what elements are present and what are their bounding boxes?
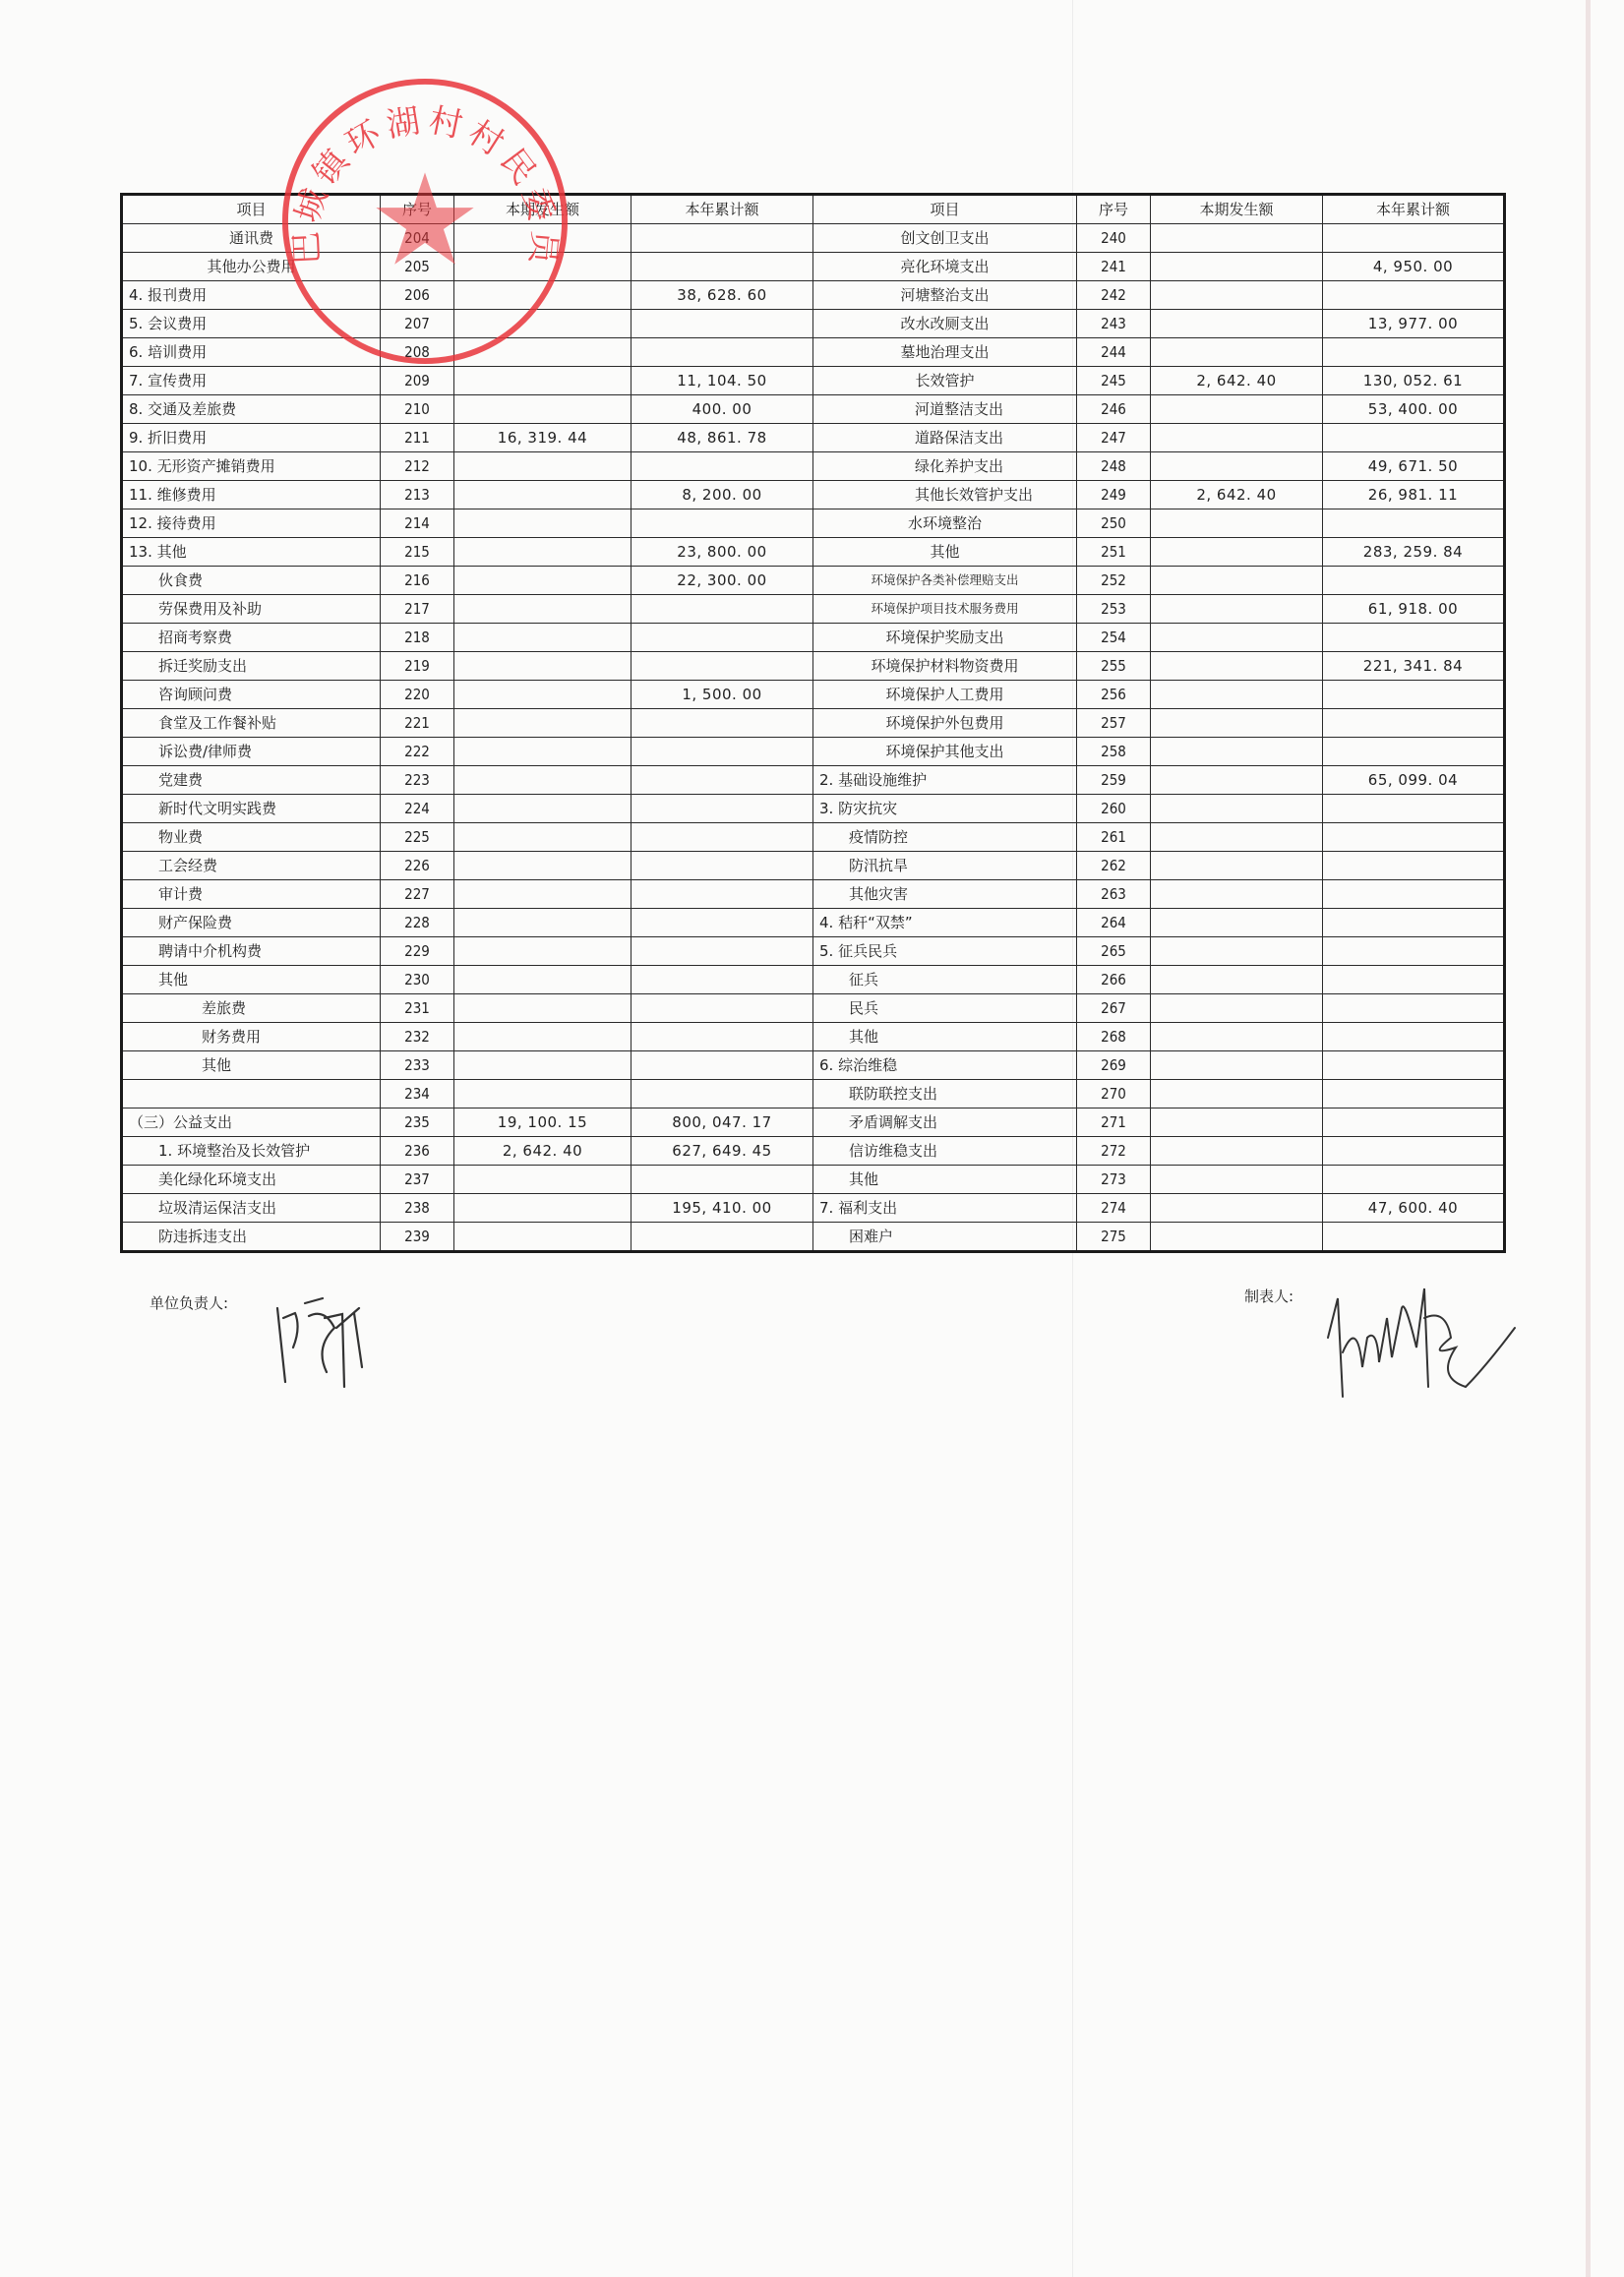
left-seq-cell: 227	[381, 880, 454, 909]
header-item: 项目	[122, 195, 381, 224]
header-current-period-right: 本期发生额	[1151, 195, 1323, 224]
left-item-cell: 聘请中介机构费	[122, 937, 381, 966]
left-current-period-cell	[454, 1223, 632, 1252]
table-row: 5. 会议费用207改水改厕支出24313, 977. 00	[122, 310, 1505, 338]
right-seq-cell: 275	[1077, 1223, 1151, 1252]
left-current-period-cell	[454, 966, 632, 994]
right-item-cell: 2. 基础设施维护	[813, 766, 1077, 795]
right-current-period-cell	[1151, 1137, 1323, 1166]
right-year-to-date-cell	[1323, 338, 1505, 367]
left-seq-cell: 211	[381, 424, 454, 452]
right-year-to-date-cell	[1323, 1051, 1505, 1080]
left-seq-cell: 234	[381, 1080, 454, 1109]
left-item-cell: 其他办公费用	[122, 253, 381, 281]
left-seq-cell: 222	[381, 738, 454, 766]
left-seq-cell: 209	[381, 367, 454, 395]
left-year-to-date-cell	[632, 1223, 813, 1252]
right-year-to-date-cell	[1323, 880, 1505, 909]
left-year-to-date-cell	[632, 823, 813, 852]
right-item-cell: 环境保护其他支出	[813, 738, 1077, 766]
table-row: 6. 培训费用208墓地治理支出244	[122, 338, 1505, 367]
table-row: 11. 维修费用2138, 200. 00其他长效管护支出2492, 642. …	[122, 481, 1505, 509]
table-row: 物业费225疫情防控261	[122, 823, 1505, 852]
right-year-to-date-cell	[1323, 1109, 1505, 1137]
left-year-to-date-cell	[632, 509, 813, 538]
table-row: 通讯费204创文创卫支出240	[122, 224, 1505, 253]
left-current-period-cell	[454, 452, 632, 481]
left-year-to-date-cell	[632, 224, 813, 253]
right-item-cell: 其他	[813, 1023, 1077, 1051]
left-seq-cell: 206	[381, 281, 454, 310]
left-current-period-cell	[454, 310, 632, 338]
table-row: 12. 接待费用214水环境整治250	[122, 509, 1505, 538]
left-item-cell: 食堂及工作餐补贴	[122, 709, 381, 738]
right-seq-cell: 254	[1077, 624, 1151, 652]
right-year-to-date-cell: 49, 671. 50	[1323, 452, 1505, 481]
left-year-to-date-cell	[632, 795, 813, 823]
table-row: 党建费2232. 基础设施维护25965, 099. 04	[122, 766, 1505, 795]
right-year-to-date-cell	[1323, 1023, 1505, 1051]
table-row: 财务费用232其他268	[122, 1023, 1505, 1051]
right-current-period-cell	[1151, 538, 1323, 567]
right-current-period-cell	[1151, 823, 1323, 852]
table-row: 工会经费226防汛抗旱262	[122, 852, 1505, 880]
left-item-cell: 审计费	[122, 880, 381, 909]
right-item-cell: 4. 秸秆“双禁”	[813, 909, 1077, 937]
left-year-to-date-cell	[632, 1166, 813, 1194]
right-seq-cell: 241	[1077, 253, 1151, 281]
left-item-cell: （三）公益支出	[122, 1109, 381, 1137]
left-year-to-date-cell: 11, 104. 50	[632, 367, 813, 395]
right-current-period-cell	[1151, 966, 1323, 994]
left-item-cell: 伙食费	[122, 567, 381, 595]
right-seq-cell: 257	[1077, 709, 1151, 738]
table-row: 伙食费21622, 300. 00环境保护各类补偿理赔支出252	[122, 567, 1505, 595]
right-current-period-cell	[1151, 424, 1323, 452]
left-year-to-date-cell	[632, 966, 813, 994]
left-seq-cell: 220	[381, 681, 454, 709]
left-seq-cell: 223	[381, 766, 454, 795]
table-row: 招商考察费218环境保护奖励支出254	[122, 624, 1505, 652]
right-seq-cell: 251	[1077, 538, 1151, 567]
right-item-cell: 民兵	[813, 994, 1077, 1023]
right-current-period-cell	[1151, 338, 1323, 367]
right-current-period-cell	[1151, 1166, 1323, 1194]
right-year-to-date-cell	[1323, 1166, 1505, 1194]
left-current-period-cell: 16, 319. 44	[454, 424, 632, 452]
left-item-cell: 6. 培训费用	[122, 338, 381, 367]
right-seq-cell: 273	[1077, 1166, 1151, 1194]
left-year-to-date-cell	[632, 338, 813, 367]
left-item-cell: 物业费	[122, 823, 381, 852]
right-year-to-date-cell: 47, 600. 40	[1323, 1194, 1505, 1223]
right-item-cell: 信访维稳支出	[813, 1137, 1077, 1166]
table-row: 食堂及工作餐补贴221环境保护外包费用257	[122, 709, 1505, 738]
left-seq-cell: 231	[381, 994, 454, 1023]
table-row: 咨询顾问费2201, 500. 00环境保护人工费用256	[122, 681, 1505, 709]
left-item-cell: 8. 交通及差旅费	[122, 395, 381, 424]
left-seq-cell: 208	[381, 338, 454, 367]
header-seq-right: 序号	[1077, 195, 1151, 224]
left-current-period-cell	[454, 624, 632, 652]
left-year-to-date-cell	[632, 994, 813, 1023]
right-seq-cell: 266	[1077, 966, 1151, 994]
right-item-cell: 墓地治理支出	[813, 338, 1077, 367]
left-current-period-cell	[454, 509, 632, 538]
right-year-to-date-cell	[1323, 937, 1505, 966]
right-current-period-cell	[1151, 709, 1323, 738]
left-year-to-date-cell	[632, 909, 813, 937]
right-year-to-date-cell	[1323, 994, 1505, 1023]
left-item-cell: 新时代文明实践费	[122, 795, 381, 823]
left-seq-cell: 236	[381, 1137, 454, 1166]
right-seq-cell: 269	[1077, 1051, 1151, 1080]
left-item-cell: 9. 折旧费用	[122, 424, 381, 452]
right-seq-cell: 250	[1077, 509, 1151, 538]
right-item-cell: 6. 综治维稳	[813, 1051, 1077, 1080]
table-row: 防违拆违支出239困难户275	[122, 1223, 1505, 1252]
left-item-cell: 财务费用	[122, 1023, 381, 1051]
expense-ledger-table: 项目 序号 本期发生额 本年累计额 项目 序号 本期发生额 本年累计额 通讯费2…	[120, 193, 1506, 1253]
left-seq-cell: 207	[381, 310, 454, 338]
right-year-to-date-cell	[1323, 567, 1505, 595]
right-item-cell: 其他长效管护支出	[813, 481, 1077, 509]
left-year-to-date-cell: 627, 649. 45	[632, 1137, 813, 1166]
left-current-period-cell	[454, 852, 632, 880]
right-current-period-cell	[1151, 1051, 1323, 1080]
unit-head-label: 单位负责人:	[150, 1292, 228, 1313]
left-current-period-cell	[454, 253, 632, 281]
right-current-period-cell	[1151, 852, 1323, 880]
right-item-cell: 征兵	[813, 966, 1077, 994]
left-item-cell: 7. 宣传费用	[122, 367, 381, 395]
left-seq-cell: 235	[381, 1109, 454, 1137]
right-current-period-cell	[1151, 909, 1323, 937]
right-year-to-date-cell	[1323, 281, 1505, 310]
left-current-period-cell	[454, 994, 632, 1023]
right-year-to-date-cell: 221, 341. 84	[1323, 652, 1505, 681]
table-row: 其他办公费用205亮化环境支出2414, 950. 00	[122, 253, 1505, 281]
right-current-period-cell	[1151, 281, 1323, 310]
left-seq-cell: 221	[381, 709, 454, 738]
left-year-to-date-cell: 1, 500. 00	[632, 681, 813, 709]
right-current-period-cell	[1151, 595, 1323, 624]
right-item-cell: 5. 征兵民兵	[813, 937, 1077, 966]
left-seq-cell: 232	[381, 1023, 454, 1051]
right-seq-cell: 248	[1077, 452, 1151, 481]
right-seq-cell: 242	[1077, 281, 1151, 310]
right-item-cell: 环境保护各类补偿理赔支出	[813, 567, 1077, 595]
preparer-label: 制表人:	[1244, 1286, 1293, 1306]
left-item-cell: 通讯费	[122, 224, 381, 253]
right-item-cell: 绿化养护支出	[813, 452, 1077, 481]
right-item-cell: 矛盾调解支出	[813, 1109, 1077, 1137]
right-year-to-date-cell	[1323, 224, 1505, 253]
table-row: 4. 报刊费用20638, 628. 60河塘整治支出242	[122, 281, 1505, 310]
left-current-period-cell	[454, 681, 632, 709]
left-current-period-cell	[454, 538, 632, 567]
left-year-to-date-cell: 8, 200. 00	[632, 481, 813, 509]
right-year-to-date-cell	[1323, 1223, 1505, 1252]
left-seq-cell: 224	[381, 795, 454, 823]
right-seq-cell: 274	[1077, 1194, 1151, 1223]
right-item-cell: 困难户	[813, 1223, 1077, 1252]
left-current-period-cell	[454, 481, 632, 509]
left-current-period-cell	[454, 567, 632, 595]
right-item-cell: 改水改厕支出	[813, 310, 1077, 338]
right-year-to-date-cell: 65, 099. 04	[1323, 766, 1505, 795]
right-seq-cell: 255	[1077, 652, 1151, 681]
right-seq-cell: 267	[1077, 994, 1151, 1023]
right-seq-cell: 260	[1077, 795, 1151, 823]
right-year-to-date-cell	[1323, 709, 1505, 738]
right-item-cell: 防汛抗旱	[813, 852, 1077, 880]
right-year-to-date-cell	[1323, 795, 1505, 823]
left-current-period-cell	[454, 1194, 632, 1223]
left-year-to-date-cell	[632, 452, 813, 481]
left-item-cell: 美化绿化环境支出	[122, 1166, 381, 1194]
right-item-cell: 疫情防控	[813, 823, 1077, 852]
left-current-period-cell: 19, 100. 15	[454, 1109, 632, 1137]
right-item-cell: 道路保洁支出	[813, 424, 1077, 452]
right-year-to-date-cell: 4, 950. 00	[1323, 253, 1505, 281]
right-current-period-cell	[1151, 452, 1323, 481]
left-year-to-date-cell	[632, 880, 813, 909]
right-year-to-date-cell: 61, 918. 00	[1323, 595, 1505, 624]
right-item-cell: 环境保护项目技术服务费用	[813, 595, 1077, 624]
right-year-to-date-cell	[1323, 738, 1505, 766]
right-item-cell: 水环境整治	[813, 509, 1077, 538]
right-item-cell: 其他	[813, 538, 1077, 567]
table-row: 劳保费用及补助217环境保护项目技术服务费用25361, 918. 00	[122, 595, 1505, 624]
right-item-cell: 河道整洁支出	[813, 395, 1077, 424]
table-row: 新时代文明实践费2243. 防灾抗灾260	[122, 795, 1505, 823]
right-current-period-cell	[1151, 880, 1323, 909]
right-seq-cell: 264	[1077, 909, 1151, 937]
left-item-cell: 11. 维修费用	[122, 481, 381, 509]
left-item-cell: 财产保险费	[122, 909, 381, 937]
header-year-to-date: 本年累计额	[632, 195, 813, 224]
right-current-period-cell: 2, 642. 40	[1151, 367, 1323, 395]
left-seq-cell: 212	[381, 452, 454, 481]
right-seq-cell: 271	[1077, 1109, 1151, 1137]
left-year-to-date-cell: 22, 300. 00	[632, 567, 813, 595]
left-current-period-cell	[454, 595, 632, 624]
right-item-cell: 7. 福利支出	[813, 1194, 1077, 1223]
right-current-period-cell	[1151, 567, 1323, 595]
right-seq-cell: 247	[1077, 424, 1151, 452]
table-row: 13. 其他21523, 800. 00其他251283, 259. 84	[122, 538, 1505, 567]
left-year-to-date-cell: 23, 800. 00	[632, 538, 813, 567]
table-row: 10. 无形资产摊销费用212绿化养护支出24849, 671. 50	[122, 452, 1505, 481]
right-year-to-date-cell	[1323, 424, 1505, 452]
left-item-cell: 党建费	[122, 766, 381, 795]
preparer-signature	[1308, 1279, 1564, 1407]
right-item-cell: 河塘整治支出	[813, 281, 1077, 310]
right-seq-cell: 261	[1077, 823, 1151, 852]
right-seq-cell: 240	[1077, 224, 1151, 253]
left-item-cell: 咨询顾问费	[122, 681, 381, 709]
right-current-period-cell	[1151, 224, 1323, 253]
left-item-cell: 4. 报刊费用	[122, 281, 381, 310]
table-row: （三）公益支出23519, 100. 15800, 047. 17矛盾调解支出2…	[122, 1109, 1505, 1137]
table-row: 差旅费231民兵267	[122, 994, 1505, 1023]
left-item-cell: 拆迁奖励支出	[122, 652, 381, 681]
right-year-to-date-cell: 53, 400. 00	[1323, 395, 1505, 424]
left-year-to-date-cell: 38, 628. 60	[632, 281, 813, 310]
right-item-cell: 创文创卫支出	[813, 224, 1077, 253]
left-seq-cell: 225	[381, 823, 454, 852]
left-current-period-cell	[454, 709, 632, 738]
right-seq-cell: 256	[1077, 681, 1151, 709]
left-seq-cell: 213	[381, 481, 454, 509]
left-item-cell: 防违拆违支出	[122, 1223, 381, 1252]
left-current-period-cell	[454, 766, 632, 795]
right-current-period-cell	[1151, 624, 1323, 652]
left-current-period-cell	[454, 1080, 632, 1109]
left-year-to-date-cell	[632, 595, 813, 624]
left-seq-cell: 204	[381, 224, 454, 253]
right-current-period-cell	[1151, 681, 1323, 709]
left-seq-cell: 226	[381, 852, 454, 880]
right-year-to-date-cell: 130, 052. 61	[1323, 367, 1505, 395]
right-current-period-cell	[1151, 395, 1323, 424]
right-seq-cell: 243	[1077, 310, 1151, 338]
right-current-period-cell	[1151, 509, 1323, 538]
left-current-period-cell	[454, 937, 632, 966]
left-seq-cell: 215	[381, 538, 454, 567]
left-current-period-cell	[454, 652, 632, 681]
right-item-cell: 3. 防灾抗灾	[813, 795, 1077, 823]
table-row: 8. 交通及差旅费210400. 00河道整洁支出24653, 400. 00	[122, 395, 1505, 424]
left-seq-cell: 229	[381, 937, 454, 966]
right-current-period-cell	[1151, 1080, 1323, 1109]
right-item-cell: 环境保护奖励支出	[813, 624, 1077, 652]
table-row: 其他230征兵266	[122, 966, 1505, 994]
right-year-to-date-cell	[1323, 509, 1505, 538]
left-year-to-date-cell	[632, 937, 813, 966]
right-item-cell: 联防联控支出	[813, 1080, 1077, 1109]
left-item-cell: 5. 会议费用	[122, 310, 381, 338]
table-row: 聘请中介机构费2295. 征兵民兵265	[122, 937, 1505, 966]
left-year-to-date-cell	[632, 1080, 813, 1109]
left-current-period-cell	[454, 224, 632, 253]
left-item-cell: 10. 无形资产摊销费用	[122, 452, 381, 481]
left-seq-cell: 214	[381, 509, 454, 538]
table-row: 其他2336. 综治维稳269	[122, 1051, 1505, 1080]
left-seq-cell: 218	[381, 624, 454, 652]
left-seq-cell: 205	[381, 253, 454, 281]
left-year-to-date-cell	[632, 709, 813, 738]
left-seq-cell: 233	[381, 1051, 454, 1080]
left-year-to-date-cell: 195, 410. 00	[632, 1194, 813, 1223]
left-year-to-date-cell	[632, 766, 813, 795]
header-item-right: 项目	[813, 195, 1077, 224]
left-current-period-cell: 2, 642. 40	[454, 1137, 632, 1166]
right-current-period-cell	[1151, 738, 1323, 766]
right-seq-cell: 265	[1077, 937, 1151, 966]
left-current-period-cell	[454, 738, 632, 766]
table-row: 垃圾清运保洁支出238195, 410. 007. 福利支出27447, 600…	[122, 1194, 1505, 1223]
table-row: 7. 宣传费用20911, 104. 50长效管护2452, 642. 4013…	[122, 367, 1505, 395]
right-year-to-date-cell	[1323, 624, 1505, 652]
left-seq-cell: 238	[381, 1194, 454, 1223]
right-seq-cell: 244	[1077, 338, 1151, 367]
left-item-cell: 劳保费用及补助	[122, 595, 381, 624]
left-current-period-cell	[454, 395, 632, 424]
unit-head-signature	[266, 1288, 393, 1397]
right-item-cell: 环境保护人工费用	[813, 681, 1077, 709]
left-item-cell: 差旅费	[122, 994, 381, 1023]
left-year-to-date-cell: 400. 00	[632, 395, 813, 424]
left-year-to-date-cell	[632, 624, 813, 652]
right-year-to-date-cell	[1323, 966, 1505, 994]
right-year-to-date-cell: 13, 977. 00	[1323, 310, 1505, 338]
left-item-cell: 其他	[122, 1051, 381, 1080]
left-year-to-date-cell	[632, 1051, 813, 1080]
left-year-to-date-cell: 48, 861. 78	[632, 424, 813, 452]
right-current-period-cell	[1151, 937, 1323, 966]
left-current-period-cell	[454, 338, 632, 367]
right-seq-cell: 263	[1077, 880, 1151, 909]
right-year-to-date-cell	[1323, 823, 1505, 852]
right-current-period-cell	[1151, 1194, 1323, 1223]
table-row: 1. 环境整治及长效管护2362, 642. 40627, 649. 45信访维…	[122, 1137, 1505, 1166]
right-year-to-date-cell	[1323, 681, 1505, 709]
right-current-period-cell	[1151, 1109, 1323, 1137]
right-seq-cell: 253	[1077, 595, 1151, 624]
header-year-to-date-right: 本年累计额	[1323, 195, 1505, 224]
left-item-cell: 工会经费	[122, 852, 381, 880]
page-edge	[1586, 0, 1591, 2277]
left-current-period-cell	[454, 367, 632, 395]
right-item-cell: 其他	[813, 1166, 1077, 1194]
right-seq-cell: 246	[1077, 395, 1151, 424]
left-seq-cell: 237	[381, 1166, 454, 1194]
header-current-period: 本期发生额	[454, 195, 632, 224]
right-seq-cell: 258	[1077, 738, 1151, 766]
left-current-period-cell	[454, 1166, 632, 1194]
right-seq-cell: 262	[1077, 852, 1151, 880]
table-row: 财产保险费2284. 秸秆“双禁”264	[122, 909, 1505, 937]
table-header-row: 项目 序号 本期发生额 本年累计额 项目 序号 本期发生额 本年累计额	[122, 195, 1505, 224]
left-year-to-date-cell	[632, 738, 813, 766]
table-row: 美化绿化环境支出237其他273	[122, 1166, 1505, 1194]
right-year-to-date-cell	[1323, 909, 1505, 937]
right-current-period-cell	[1151, 766, 1323, 795]
table-row: 234联防联控支出270	[122, 1080, 1505, 1109]
right-seq-cell: 259	[1077, 766, 1151, 795]
left-current-period-cell	[454, 281, 632, 310]
left-year-to-date-cell	[632, 852, 813, 880]
table-row: 诉讼费/律师费222环境保护其他支出258	[122, 738, 1505, 766]
left-seq-cell: 219	[381, 652, 454, 681]
table-row: 9. 折旧费用21116, 319. 4448, 861. 78道路保洁支出24…	[122, 424, 1505, 452]
left-year-to-date-cell	[632, 652, 813, 681]
left-seq-cell: 216	[381, 567, 454, 595]
right-seq-cell: 249	[1077, 481, 1151, 509]
left-item-cell: 诉讼费/律师费	[122, 738, 381, 766]
left-current-period-cell	[454, 795, 632, 823]
right-current-period-cell	[1151, 1023, 1323, 1051]
left-seq-cell: 230	[381, 966, 454, 994]
right-item-cell: 亮化环境支出	[813, 253, 1077, 281]
right-seq-cell: 268	[1077, 1023, 1151, 1051]
left-item-cell: 1. 环境整治及长效管护	[122, 1137, 381, 1166]
header-seq: 序号	[381, 195, 454, 224]
right-current-period-cell	[1151, 310, 1323, 338]
left-current-period-cell	[454, 909, 632, 937]
